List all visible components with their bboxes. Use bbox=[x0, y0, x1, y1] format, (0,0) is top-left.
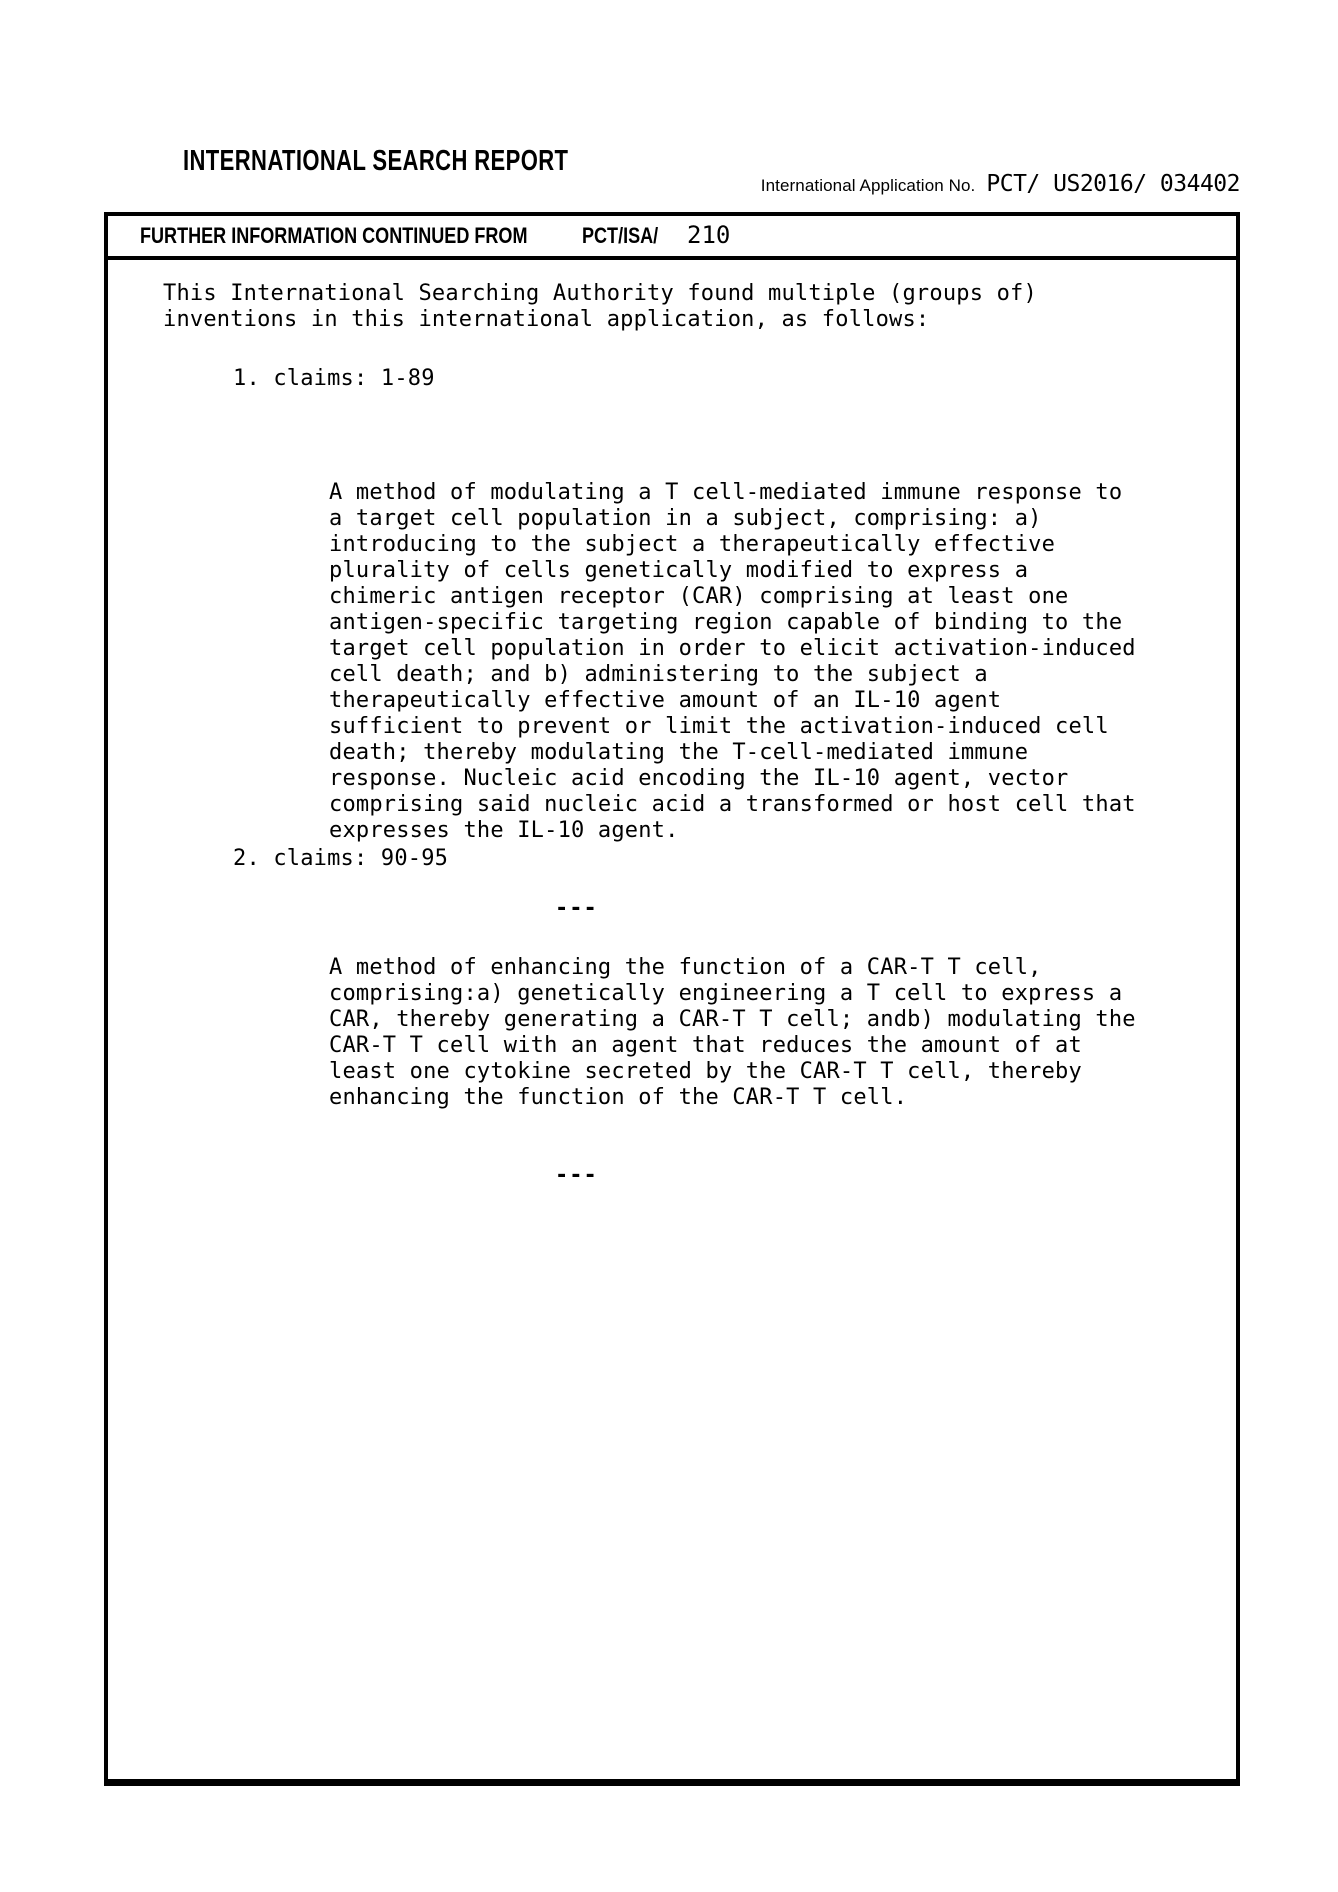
group-1-block: A method of modulating a T cell-mediated… bbox=[329, 428, 1136, 974]
intro-paragraph: This International Searching Authority f… bbox=[163, 281, 1037, 333]
form-reference: PCT/ISA/ bbox=[582, 223, 658, 249]
form-number: 210 bbox=[687, 221, 730, 249]
group-2-separator: --- bbox=[555, 1163, 1136, 1189]
box-header: FURTHER INFORMATION CONTINUED FROM PCT/I… bbox=[108, 216, 1236, 260]
application-number-value: PCT/ US2016/ 034402 bbox=[986, 171, 1240, 197]
further-information-heading: FURTHER INFORMATION CONTINUED FROM bbox=[140, 223, 528, 249]
group-2-claims-label: 2. claims: 90-95 bbox=[233, 846, 448, 872]
group-2-description: A method of enhancing the function of a … bbox=[329, 955, 1136, 1111]
group-1-description: A method of modulating a T cell-mediated… bbox=[329, 480, 1136, 844]
document-page: INTERNATIONAL SEARCH REPORT Internationa… bbox=[0, 0, 1338, 1892]
group-1-claims-label: 1. claims: 1-89 bbox=[233, 366, 435, 392]
group-2-block: A method of enhancing the function of a … bbox=[329, 903, 1136, 1241]
application-number: International Application No. PCT/ US201… bbox=[761, 171, 1240, 197]
application-number-label: International Application No. bbox=[761, 176, 976, 196]
report-title: INTERNATIONAL SEARCH REPORT bbox=[183, 146, 568, 176]
further-information-box: FURTHER INFORMATION CONTINUED FROM PCT/I… bbox=[104, 212, 1240, 1786]
